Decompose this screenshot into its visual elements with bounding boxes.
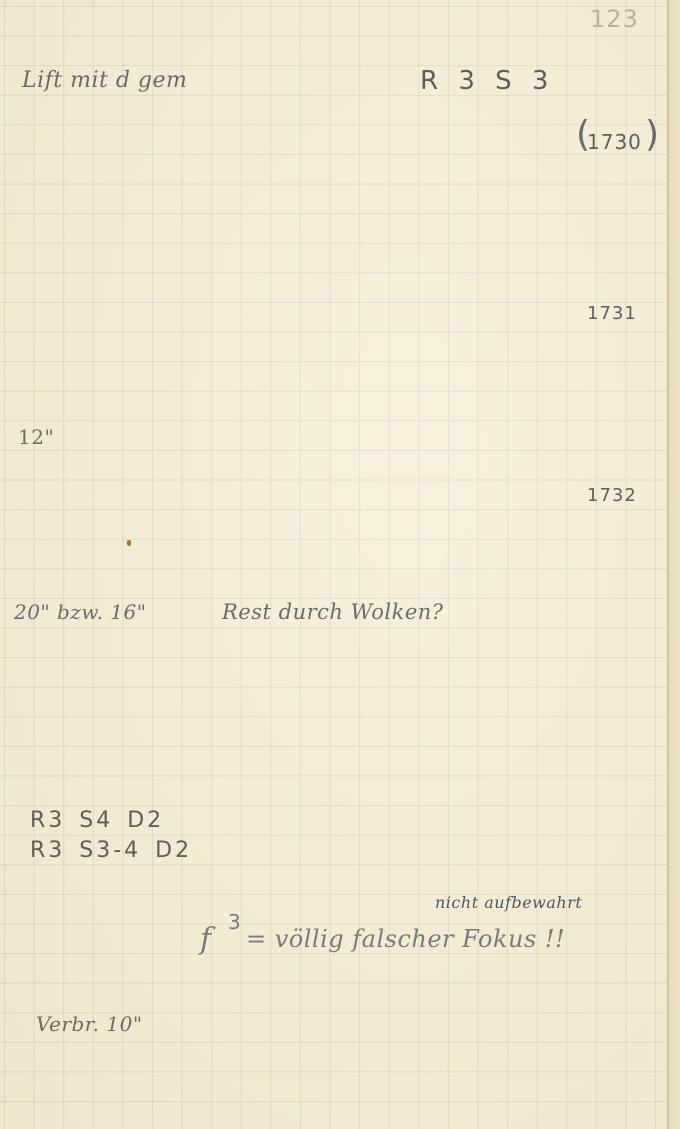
formula-wrong-focus: = völlig falscher Fokus !! <box>246 925 565 953</box>
page-number-stamp: 123 <box>590 5 639 33</box>
formula-f: f <box>200 922 212 957</box>
timestamp-1732: 1732 <box>587 485 637 506</box>
timestamp-1730: 1730 <box>587 130 642 154</box>
ink-speck <box>127 540 131 546</box>
close-paren: ) <box>645 114 659 155</box>
heading-note: Lift mit d gem <box>22 68 187 93</box>
notebook-page: 123 Lift mit d gem R 3 S 3 ( 1730 ) 1731… <box>0 0 680 1129</box>
page-binding-edge <box>667 0 680 1129</box>
timestamp-1731: 1731 <box>587 303 637 324</box>
rating-header: R 3 S 3 <box>420 66 554 96</box>
note-rest-clouds: Rest durch Wolken? <box>222 600 444 624</box>
formula-exponent: 3 <box>228 910 242 934</box>
rating-line-2: R3 S3-4 D2 <box>30 838 192 863</box>
note-verbr: Verbr. 10" <box>36 1012 143 1036</box>
note-12-seconds: 12" <box>18 425 54 449</box>
rating-line-1: R3 S4 D2 <box>30 808 164 833</box>
annotation-not-kept: nicht aufbewahrt <box>435 893 582 912</box>
note-20-seconds: 20" bzw. 16" <box>14 600 146 624</box>
